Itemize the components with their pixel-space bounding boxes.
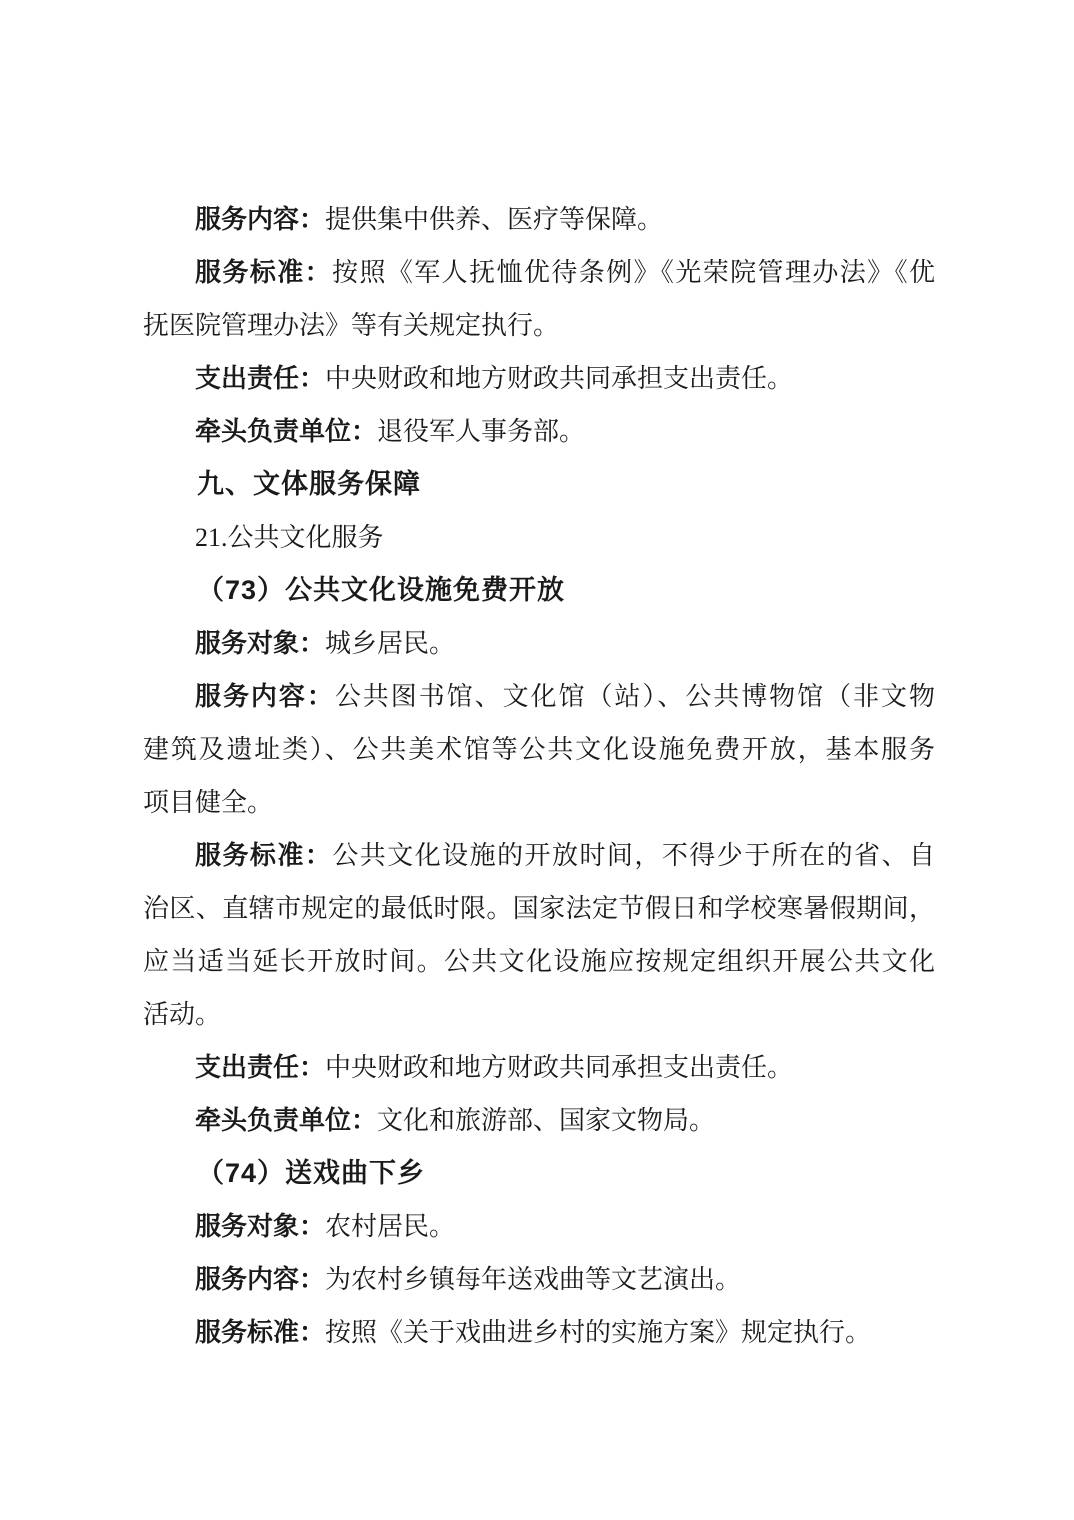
text-line: 服务内容：公共图书馆、文化馆（站）、公共博物馆（非文物 [143, 670, 935, 723]
item-heading: （74）送戏曲下乡 [143, 1147, 935, 1200]
field-label: 服务内容： [195, 205, 325, 234]
field-label: 服务标准： [195, 1318, 325, 1347]
text-line: 活动。 [143, 988, 935, 1041]
paragraph: 服务内容：提供集中供养、医疗等保障。 [143, 193, 935, 246]
text-line: 服务内容：提供集中供养、医疗等保障。 [143, 193, 935, 246]
document-page: { "page": { "background": "#ffffff", "te… [0, 0, 1074, 1520]
text-line: 服务标准：按照《关于戏曲进乡村的实施方案》规定执行。 [143, 1306, 935, 1359]
paragraph: 服务对象：城乡居民。 [143, 617, 935, 670]
field-label: 牵头负责单位： [195, 417, 377, 446]
paragraph: 支出责任：中央财政和地方财政共同承担支出责任。 [143, 352, 935, 405]
text-line: 项目健全。 [143, 776, 935, 829]
paragraph: 服务对象：农村居民。 [143, 1200, 935, 1253]
field-label: 服务对象： [195, 1212, 325, 1241]
paragraph: 支出责任：中央财政和地方财政共同承担支出责任。 [143, 1041, 935, 1094]
paragraph: 服务内容：为农村乡镇每年送戏曲等文艺演出。 [143, 1253, 935, 1306]
paragraph: 服务标准：公共文化设施的开放时间，不得少于所在的省、自治区、直辖市规定的最低时限… [143, 829, 935, 1041]
text-line: 牵头负责单位：文化和旅游部、国家文物局。 [143, 1094, 935, 1147]
text-line: 牵头负责单位：退役军人事务部。 [143, 405, 935, 458]
text-line: 服务标准：公共文化设施的开放时间，不得少于所在的省、自 [143, 829, 935, 882]
field-label: 服务标准： [195, 258, 332, 287]
paragraph: 服务内容：公共图书馆、文化馆（站）、公共博物馆（非文物建筑及遗址类）、公共美术馆… [143, 670, 935, 829]
item-heading: （73）公共文化设施免费开放 [143, 564, 935, 617]
text-line: 建筑及遗址类）、公共美术馆等公共文化设施免费开放，基本服务 [143, 723, 935, 776]
field-label: 支出责任： [195, 1053, 325, 1082]
text-line: 应当适当延长开放时间。公共文化设施应按规定组织开展公共文化 [143, 935, 935, 988]
field-label: 服务内容： [195, 682, 335, 711]
text-line: 服务对象：城乡居民。 [143, 617, 935, 670]
field-label: 牵头负责单位： [195, 1106, 377, 1135]
paragraph: 服务标准：按照《军人抚恤优待条例》《光荣院管理办法》《优抚医院管理办法》等有关规… [143, 246, 935, 352]
sub-heading: 21.公共文化服务 [143, 511, 935, 564]
field-label: 服务标准： [195, 841, 332, 870]
text-line: 服务内容：为农村乡镇每年送戏曲等文艺演出。 [143, 1253, 935, 1306]
text-line: 服务标准：按照《军人抚恤优待条例》《光荣院管理办法》《优 [143, 246, 935, 299]
text-line: 支出责任：中央财政和地方财政共同承担支出责任。 [143, 1041, 935, 1094]
field-label: 支出责任： [195, 364, 325, 393]
section-heading: 九、文体服务保障 [143, 458, 935, 511]
paragraph: 服务标准：按照《关于戏曲进乡村的实施方案》规定执行。 [143, 1306, 935, 1359]
paragraph: 牵头负责单位：退役军人事务部。 [143, 405, 935, 458]
text-line: 抚医院管理办法》等有关规定执行。 [143, 299, 935, 352]
field-label: 服务对象： [195, 629, 325, 658]
text-line: 支出责任：中央财政和地方财政共同承担支出责任。 [143, 352, 935, 405]
paragraph: 牵头负责单位：文化和旅游部、国家文物局。 [143, 1094, 935, 1147]
text-line: 治区、直辖市规定的最低时限。国家法定节假日和学校寒暑假期间， [143, 882, 935, 935]
field-label: 服务内容： [195, 1265, 325, 1294]
document-body: 服务内容：提供集中供养、医疗等保障。服务标准：按照《军人抚恤优待条例》《光荣院管… [143, 193, 935, 1359]
text-line: 服务对象：农村居民。 [143, 1200, 935, 1253]
